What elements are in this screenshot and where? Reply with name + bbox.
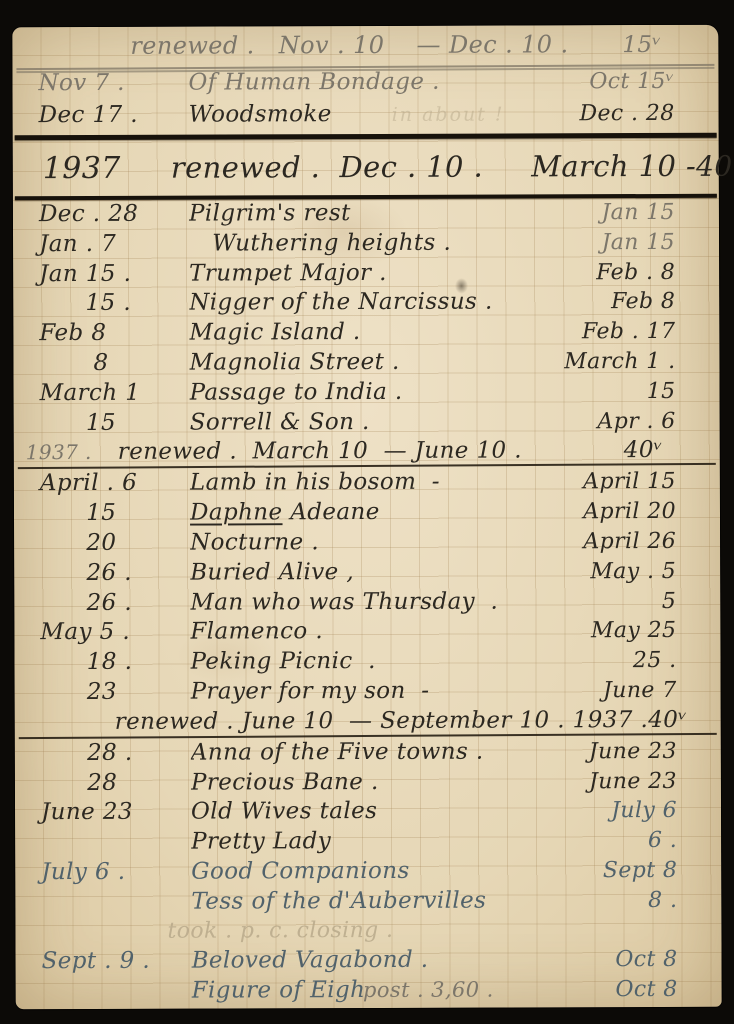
checkout-date: 28	[15, 769, 191, 796]
book-title: Anna of the Five towns .	[191, 738, 515, 765]
book-title: Trumpet Major .	[189, 259, 513, 286]
ledger-row: 26 .Man who was Thursday .5	[14, 587, 720, 619]
book-title: Flamenco .	[190, 618, 514, 645]
return-date: April 26	[514, 529, 720, 555]
ledger-row: 20Nocturne .April 26	[14, 528, 720, 560]
return-date: 25 .	[514, 648, 720, 674]
return-date: May 25	[514, 618, 720, 644]
renewal-fee: 15ᵛ	[622, 32, 718, 58]
note-row: took . p. c. closing .	[15, 916, 721, 948]
return-date: 5	[514, 588, 720, 614]
book-title: Daphne Adeane	[190, 499, 514, 526]
return-date: Oct 8	[516, 977, 722, 1003]
book-title: Magnolia Street .	[189, 348, 513, 375]
checkout-date: Dec 17 .	[13, 102, 189, 129]
ledger-row: 28Precious Bane .June 23	[15, 767, 721, 799]
checkout-date: 18 .	[14, 649, 190, 676]
ledger-row: Pretty Lady6 .	[15, 827, 721, 859]
checkout-date: Jan 15 .	[13, 260, 189, 287]
ledger-row: 23Prayer for my son -June 7	[15, 677, 721, 709]
book-title: Pilgrim's rest	[189, 199, 513, 226]
return-date: June 7	[515, 678, 721, 704]
ghost-note: in about !	[392, 104, 505, 126]
book-title: Lamb in his bosom -	[190, 469, 514, 496]
checkout-date: 15	[14, 500, 190, 527]
checkout-date: Sept . 9 .	[16, 948, 192, 975]
renewal-row: renewed . Nov . 10 — Dec . 10 .15ᵛ	[12, 30, 718, 70]
return-date: Jan 15	[513, 200, 719, 226]
ledger-row: May 5 .Flamenco .May 25	[14, 617, 720, 649]
ledger-row: 26 .Buried Alive ,May . 5	[14, 558, 720, 590]
return-date: April 20	[514, 499, 720, 525]
return-date: April 15	[514, 469, 720, 495]
book-title: Sorrell & Son .	[190, 408, 514, 435]
ledger-row: Dec 17 .Woodsmokein about !Dec . 28	[13, 100, 719, 134]
ledger-row: 8Magnolia Street .March 1 .	[13, 348, 719, 380]
checkout-date: 23	[15, 679, 191, 706]
book-title: Passage to India .	[190, 378, 514, 405]
lending-card: renewed . Nov . 10 — Dec . 10 .15ᵛNov 7 …	[12, 25, 721, 1009]
book-title: Wuthering heights .	[189, 229, 513, 256]
book-title: Figure of Eight .	[192, 977, 363, 1004]
book-title: Precious Bane .	[191, 768, 515, 795]
book-title: Tess of the d'Aubervilles	[191, 887, 515, 914]
book-title: Of Human Bondage .	[188, 68, 512, 95]
ledger-rows: renewed . Nov . 10 — Dec . 10 .15ᵛNov 7 …	[12, 25, 721, 1009]
book-title: Beloved Vagabond .	[192, 947, 516, 974]
book-title: Man who was Thursday .	[190, 588, 514, 615]
checkout-date	[15, 849, 191, 850]
renewal-row: renewed . June 10 — September 10 . 1937 …	[15, 707, 721, 740]
return-date: 8 .	[515, 887, 721, 913]
ledger-row: Sept . 9 .Beloved Vagabond .Oct 8	[16, 946, 722, 978]
return-date: Sept 8	[515, 858, 721, 884]
renewal-fee: 40ᵛ	[624, 437, 720, 463]
checkout-date: 15	[14, 409, 190, 436]
renewal-text: renewed . Nov . 10 — Dec . 10 .	[12, 30, 622, 60]
book-title: Good Companions	[191, 857, 515, 884]
renewal-text: renewed . March 10 — June 10 .	[112, 437, 624, 465]
return-date: May . 5	[514, 559, 720, 585]
checkout-date: 15 .	[13, 290, 189, 317]
ledger-row: 15 .Nigger of the Narcissus .Feb 8	[13, 288, 719, 320]
renewal-fee: 40	[696, 149, 734, 182]
return-date: 6 .	[515, 828, 721, 854]
checkout-date: Jan . 7	[13, 230, 189, 257]
return-date: June 23	[515, 739, 721, 765]
note-text: took . p. c. closing .	[15, 916, 721, 943]
ledger-row: Jan 15 .Trumpet Major .Feb . 8	[13, 258, 719, 290]
return-date: Dec . 28	[513, 101, 719, 127]
ledger-row: 15Sorrell & Son .Apr . 6	[14, 407, 720, 439]
ledger-row: July 6 .Good CompanionsSept 8	[15, 857, 721, 889]
book-title: Magic Island .	[189, 319, 513, 346]
checkout-date: 26 .	[14, 559, 190, 586]
checkout-date	[16, 998, 192, 999]
return-date: Feb . 8	[513, 259, 719, 285]
checkout-date: July 6 .	[15, 859, 191, 886]
checkout-date: 20	[14, 530, 190, 557]
checkout-date: June 23	[15, 799, 191, 826]
book-title: Nigger of the Narcissus .	[189, 289, 513, 316]
renewal-year: 1937	[13, 150, 165, 186]
ledger-row: March 1Passage to India .15	[14, 378, 720, 410]
return-date: Oct 8	[516, 947, 722, 973]
checkout-date: March 1	[14, 379, 190, 406]
return-date: Apr . 6	[514, 408, 720, 434]
checkout-date: April . 6	[14, 470, 190, 497]
ledger-row: 15Daphne AdeaneApril 20	[14, 498, 720, 530]
ledger-row: Dec . 28Pilgrim's restJan 15	[13, 199, 719, 231]
checkout-date: Dec . 28	[13, 201, 189, 228]
ledger-row: June 23Old Wives talesJuly 6	[15, 797, 721, 829]
ledger-row: Jan . 7 Wuthering heights .Jan 15	[13, 229, 719, 261]
book-title: Buried Alive ,	[190, 558, 514, 585]
renewal-row: 1937renewed . Dec . 10 . March 10 -40	[13, 139, 719, 195]
checkout-date: 26 .	[14, 589, 190, 616]
ledger-row: April . 6Lamb in his bosom -April 15	[14, 468, 720, 500]
checkout-date: 28 .	[15, 739, 191, 766]
renewal-text: renewed . Dec . 10 . March 10 -	[165, 149, 696, 185]
renewal-year: 1937 .	[14, 440, 112, 464]
checkout-date: 8	[13, 350, 189, 377]
ledger-row: 18 .Peking Picnic .25 .	[14, 647, 720, 679]
renewal-row: 1937 .renewed . March 10 — June 10 .40ᵛ	[14, 437, 720, 470]
return-date: July 6	[515, 798, 721, 824]
checkout-date: Feb 8	[13, 320, 189, 347]
return-date: Feb 8	[513, 289, 719, 315]
book-title: Old Wives tales	[191, 798, 515, 825]
ledger-row: Tess of the d'Aubervilles8 .	[15, 886, 721, 918]
ledger-row: Figure of Eight .post . 3,60 .Oct 8	[16, 976, 722, 1008]
return-date: Feb . 17	[513, 319, 719, 345]
book-title: Pretty Lady	[191, 828, 515, 855]
return-date: June 23	[515, 768, 721, 794]
book-title: Nocturne .	[190, 528, 514, 555]
book-title: Prayer for my son -	[191, 677, 515, 704]
renewal-fee: 40ᵛ	[648, 706, 734, 732]
return-date: Jan 15	[513, 230, 719, 256]
return-date: March 1 .	[513, 349, 719, 375]
checkout-date	[15, 908, 191, 909]
ledger-row: 28 .Anna of the Five towns .June 23	[15, 738, 721, 770]
return-date: Oct 15ᵛ	[512, 69, 718, 95]
book-title: Woodsmokein about !	[189, 100, 513, 127]
checkout-date: May 5 .	[14, 619, 190, 646]
ledger-row: Nov 7 .Of Human Bondage .Oct 15ᵛ	[12, 68, 718, 102]
return-date: 15	[514, 379, 720, 405]
ledger-row: Feb 8Magic Island .Feb . 17	[13, 318, 719, 350]
checkout-date: Nov 7 .	[12, 70, 188, 97]
renewal-text: renewed . June 10 — September 10 . 1937 …	[15, 707, 649, 735]
postage-note: post . 3,60 .	[363, 978, 516, 1003]
book-title: Peking Picnic .	[190, 648, 514, 675]
